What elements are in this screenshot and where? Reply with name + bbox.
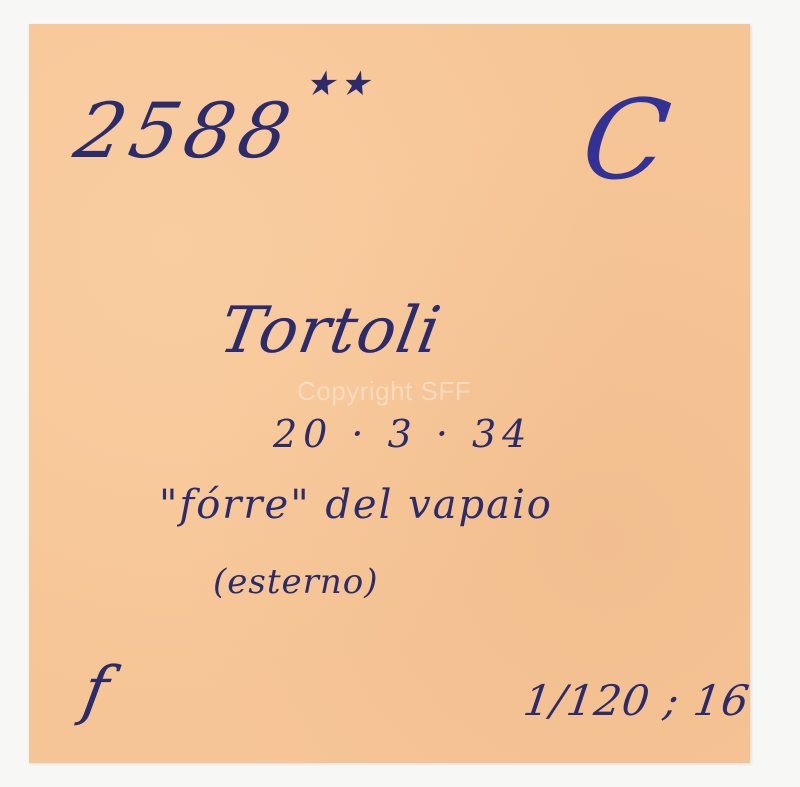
catalog-number: 2588 (68, 86, 304, 175)
exposure-settings: 1/120 ; 16 (521, 676, 753, 725)
grade-letter: C (575, 76, 678, 204)
copyright-watermark: Copyright SFF (297, 376, 471, 407)
rating-stars-icon: ★★ (305, 64, 374, 104)
date: 20 · 3 · 34 (273, 412, 532, 456)
subject: "fórre" del vapaio (159, 482, 553, 528)
archive-card: 2588 ★★ C Tortoli Copyright SFF 20 · 3 ·… (29, 24, 750, 763)
aperture-mark: f (77, 654, 115, 728)
photographer-name: Tortoli (214, 294, 446, 368)
note: (esterno) (213, 562, 379, 602)
